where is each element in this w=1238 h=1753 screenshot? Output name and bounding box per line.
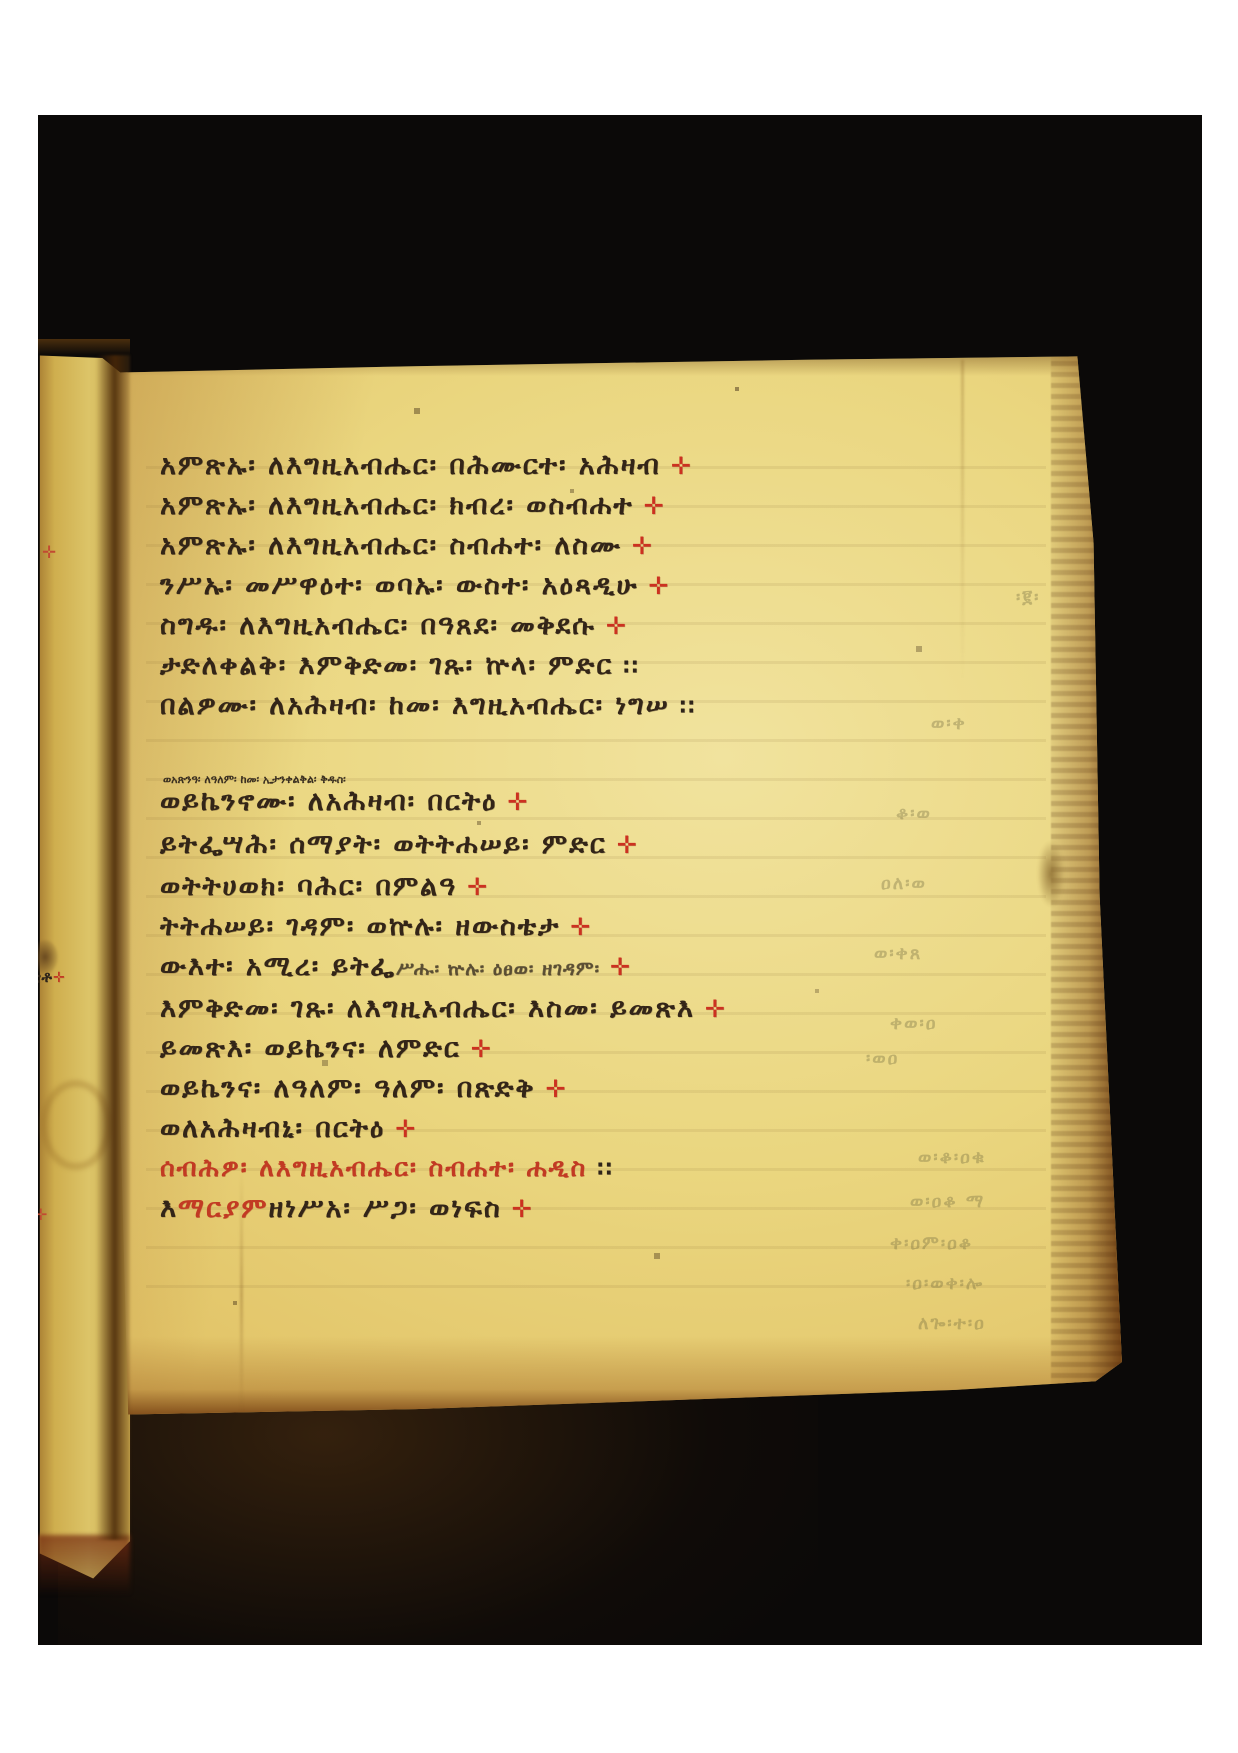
- showthrough-fragment: ወ፡ቀ: [931, 713, 967, 734]
- showthrough-fragment: ቀ፡ዐም፡ዐቆ: [890, 1233, 973, 1254]
- text-line-5: ስግዱ፡ ለእግዚአብሔር፡ በዓጸደ፡ መቅደሱ✛: [160, 612, 628, 639]
- red-cross-mark: ✛: [471, 1037, 493, 1061]
- showthrough-fragment: ፡፪፡: [1016, 587, 1040, 608]
- showthrough-fragment: ለጐ፡ተ፡ዐ: [918, 1313, 986, 1334]
- red-cross-mark: ✛: [617, 833, 639, 857]
- text-line-11: ትትሐሠይ፡ ገዳም፡ ወኵሉ፡ ዘውስቴታ✛: [160, 913, 592, 940]
- previous-page-top-edge: [38, 339, 130, 355]
- margin-note-cross: ✛: [53, 970, 66, 986]
- line-text: አምጽኡ፡ ለእግዚአብሔር፡ ክብረ፡ ወስብሐተ: [160, 490, 634, 521]
- red-cross-mark: ✛: [606, 614, 628, 638]
- line-text: ዘነሥአ፡ ሥጋ፡ ወነፍስ: [268, 1193, 501, 1224]
- showthrough-fragment: ዐለ፡ወ: [881, 873, 927, 894]
- red-cross-mark: ✛: [395, 1117, 417, 1141]
- red-cross-mark: ✛: [546, 1077, 568, 1101]
- showthrough-fragment: ወ፡ቆ፡ዐቁ: [918, 1147, 986, 1168]
- text-line-6: ታድለቀልቅ፡ እምቅድመ፡ ገጹ፡ ኵላ፡ ምድር∷: [160, 652, 638, 679]
- brown-stain: [1038, 842, 1064, 906]
- rubric-text: ማርያም: [178, 1193, 268, 1224]
- red-cross-mark: ✛: [507, 790, 529, 814]
- line-text: በልዎሙ፡ ለአሕዛብ፡ ከመ፡ እግዚአብሔር፡ ነግሠ: [160, 690, 670, 721]
- line-text: ወይኬንና፡ ለዓለም፡ ዓለም፡ በጽድቅ: [160, 1073, 536, 1104]
- text-line-13: እምቅድመ፡ ገጹ፡ ለእግዚአብሔር፡ እስመ፡ ይመጽእ✛: [160, 995, 727, 1022]
- line-text: ንሥኡ፡ መሥዋዕተ፡ ወባኡ፡ ውስተ፡ አዕጻዲሁ: [160, 570, 638, 601]
- text-line-17-rubric: ሰብሕዎ፡ ለእግዚአብሔር፡ ስብሐተ፡ ሐዲስ∷: [160, 1155, 612, 1180]
- line-text: ትትሐሠይ፡ ገዳም፡ ወኵሉ፡ ዘውስቴታ: [160, 911, 560, 942]
- text-line-18: እማርያምዘነሥአ፡ ሥጋ፡ ወነፍስ✛: [160, 1195, 534, 1222]
- margin-red-cross-upper: ✛: [42, 543, 56, 563]
- black-dots-mark: ∷: [680, 697, 695, 718]
- line-text: ወለአሕዛብኒ፡ በርትዕ: [160, 1113, 385, 1144]
- previous-page-bottom-edge: [38, 1535, 130, 1593]
- page-top-edge: [116, 350, 1128, 376]
- red-cross-mark: ✛: [467, 875, 489, 899]
- red-cross-mark: ✛: [512, 1197, 534, 1221]
- red-cross-mark: ✛: [648, 574, 670, 598]
- line-text: አምጽኡ፡ ለእግዚአብሔር፡ ስብሐተ፡ ለስሙ: [160, 530, 622, 561]
- line-text: እምቅድመ፡ ገጹ፡ ለእግዚአብሔር፡ እስመ፡ ይመጽእ: [160, 993, 695, 1024]
- text-line-16: ወለአሕዛብኒ፡ በርትዕ✛: [160, 1115, 417, 1142]
- showthrough-fragment: ቀወ፡ዐ: [890, 1013, 937, 1034]
- showthrough-fragment: ቆ፡ወ: [896, 803, 932, 824]
- red-cross-mark: ✛: [705, 997, 727, 1021]
- red-cross-mark: ✛: [570, 915, 592, 939]
- showthrough-fragment: ፡ዐ፡ወቀ፡ሎ: [906, 1273, 984, 1294]
- text-line-2: አምጽኡ፡ ለእግዚአብሔር፡ ክብረ፡ ወስብሐተ✛: [160, 492, 666, 519]
- text-line-1: አምጽኡ፡ ለእግዚአብሔር፡ በሕሙርተ፡ አሕዛብ✛: [160, 452, 693, 479]
- line-text: ታድለቀልቅ፡ እምቅድመ፡ ገጹ፡ ኵላ፡ ምድር: [160, 650, 613, 681]
- photo-black-background: ✛ ቲቶ✛ ✛ ፡፪፡ ወ፡ቀ ቆ፡ወ ዐለ፡ወ ወ፡ቀጸ ቀወ፡ዐ ፡ወዐ ወ…: [38, 115, 1202, 1645]
- line-text: ወትትሀወክ፡ ባሕር፡ በምልዓ: [160, 871, 457, 902]
- red-cross-mark: ✛: [632, 534, 654, 558]
- red-cross-mark: ✛: [644, 494, 666, 518]
- red-cross-mark: ✛: [610, 955, 632, 979]
- text-line-4: ንሥኡ፡ መሥዋዕተ፡ ወባኡ፡ ውስተ፡ አዕጻዲሁ✛: [160, 572, 671, 599]
- text-line-14: ይመጽእ፡ ወይኬንና፡ ለምድር✛: [160, 1035, 493, 1062]
- page-crease: [961, 360, 964, 680]
- book-shadow: [58, 1385, 818, 1645]
- line-text-faded: ሥሑ፡ ኵሉ፡ ዕፀወ፡ ዘገዳም፡: [396, 958, 600, 980]
- margin-red-cross-lower: ✛: [38, 1205, 47, 1224]
- margin-note-text: ቲቶ: [38, 967, 53, 986]
- gutter-crease: [96, 355, 130, 1540]
- red-cross-mark: ✛: [671, 454, 693, 478]
- text-line-12: ውእተ፡ አሚረ፡ ይትፌሥሑ፡ ኵሉ፡ ዕፀወ፡ ዘገዳም፡✛: [160, 953, 632, 980]
- text-line-3: አምጽኡ፡ ለእግዚአብሔር፡ ስብሐተ፡ ለስሙ✛: [160, 532, 654, 559]
- black-dots-mark: ∷: [623, 657, 638, 678]
- text-line-9: ይትፌሣሕ፡ ሰማያት፡ ወትትሐሠይ፡ ምድር✛: [160, 831, 639, 858]
- showthrough-fragment: ፡ወዐ: [866, 1048, 899, 1069]
- line-text: ይትፌሣሕ፡ ሰማያት፡ ወትትሐሠይ፡ ምድር: [160, 829, 607, 860]
- showthrough-fragment: ወ፡ቀጸ: [874, 943, 922, 964]
- line-text: ስግዱ፡ ለእግዚአብሔር፡ በዓጸደ፡ መቅደሱ: [160, 610, 596, 641]
- black-dots-mark: ∷: [597, 1159, 612, 1180]
- showthrough-fragment: ወ፡ዐቆ ማ: [910, 1191, 985, 1212]
- text-line-10: ወትትሀወክ፡ ባሕር፡ በምልዓ✛: [160, 873, 489, 900]
- line-text: ወይኬንኖሙ፡ ለአሕዛብ፡ በርትዕ: [160, 786, 497, 817]
- interlinear-gloss: ወአጽንዓ፡ ለዓለም፡ ከመ፡ ኢታንቀልቅል፡ ቅዱስ፡: [163, 774, 346, 785]
- manuscript-photograph: ✛ ቲቶ✛ ✛ ፡፪፡ ወ፡ቀ ቆ፡ወ ዐለ፡ወ ወ፡ቀጸ ቀወ፡ዐ ፡ወዐ ወ…: [0, 0, 1238, 1753]
- text-line-7: በልዎሙ፡ ለአሕዛብ፡ ከመ፡ እግዚአብሔር፡ ነግሠ∷: [160, 692, 694, 719]
- line-text: ውእተ፡ አሚረ፡ ይትፌ: [160, 951, 396, 982]
- manuscript-page: ፡፪፡ ወ፡ቀ ቆ፡ወ ዐለ፡ወ ወ፡ቀጸ ቀወ፡ዐ ፡ወዐ ወ፡ቆ፡ዐቁ ወ፡…: [116, 350, 1128, 1422]
- rubric-text: ሰብሕዎ፡ ለእግዚአብሔር፡ ስብሐተ፡ ሐዲስ: [160, 1153, 587, 1182]
- line-text: አምጽኡ፡ ለእግዚአብሔር፡ በሕሙርተ፡ አሕዛብ: [160, 450, 661, 481]
- text-line-8: ወይኬንኖሙ፡ ለአሕዛብ፡ በርትዕ✛: [160, 788, 530, 815]
- text-line-15: ወይኬንና፡ ለዓለም፡ ዓለም፡ በጽድቅ✛: [160, 1075, 568, 1102]
- line-text: እ: [160, 1193, 178, 1224]
- line-text: ይመጽእ፡ ወይኬንና፡ ለምድር: [160, 1033, 461, 1064]
- margin-note: ቲቶ✛: [38, 967, 66, 987]
